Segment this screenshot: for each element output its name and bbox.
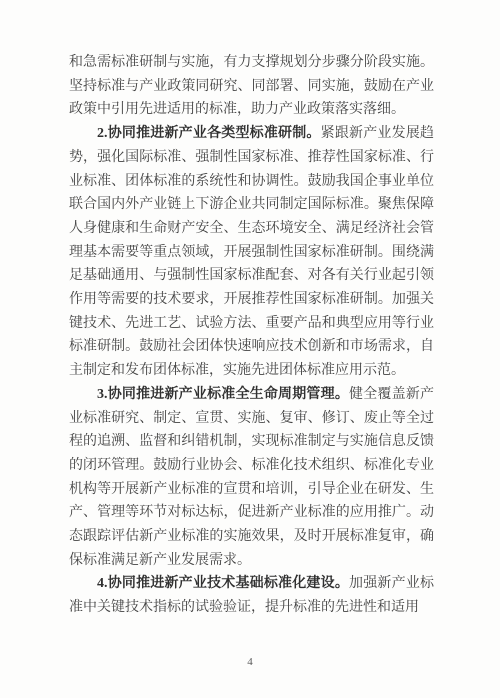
paragraph-3-heading: 3.协同推进新产业标准全生命周期管理。 xyxy=(97,387,349,402)
paragraph-4-heading: 4.协同推进新产业技术基础标准化建设。 xyxy=(97,576,349,591)
paragraph-2: 2.协同推进新产业各类型标准研制。紧跟新产业发展趋势，强化国际标准、强制性国家标… xyxy=(69,122,434,383)
document-body: 和急需标准研制与实施，有力支撑规划分步骤分阶段实施。坚持标准与产业政策同研究、同… xyxy=(69,51,434,620)
paragraph-4: 4.协同推进新产业技术基础标准化建设。加强新产业标准中关键技术指标的试验验证，提… xyxy=(69,572,434,619)
paragraph-2-heading: 2.协同推进新产业各类型标准研制。 xyxy=(97,126,321,141)
document-page: 和急需标准研制与实施，有力支撑规划分步骤分阶段实施。坚持标准与产业政策同研究、同… xyxy=(0,0,500,698)
page-number: 4 xyxy=(0,656,500,668)
paragraph-2-text: 紧跟新产业发展趋势，强化国际标准、强制性国家标准、推荐性国家标准、行业标准、团体… xyxy=(69,126,434,378)
paragraph-continuation: 和急需标准研制与实施，有力支撑规划分步骤分阶段实施。坚持标准与产业政策同研究、同… xyxy=(69,51,434,122)
paragraph-continuation-text: 和急需标准研制与实施，有力支撑规划分步骤分阶段实施。坚持标准与产业政策同研究、同… xyxy=(69,55,434,117)
paragraph-3: 3.协同推进新产业标准全生命周期管理。健全覆盖新产业标准研究、制定、宣贯、实施、… xyxy=(69,383,434,573)
paragraph-3-text: 健全覆盖新产业标准研究、制定、宣贯、实施、复审、修订、废止等全过程的追溯、监督和… xyxy=(69,387,434,568)
